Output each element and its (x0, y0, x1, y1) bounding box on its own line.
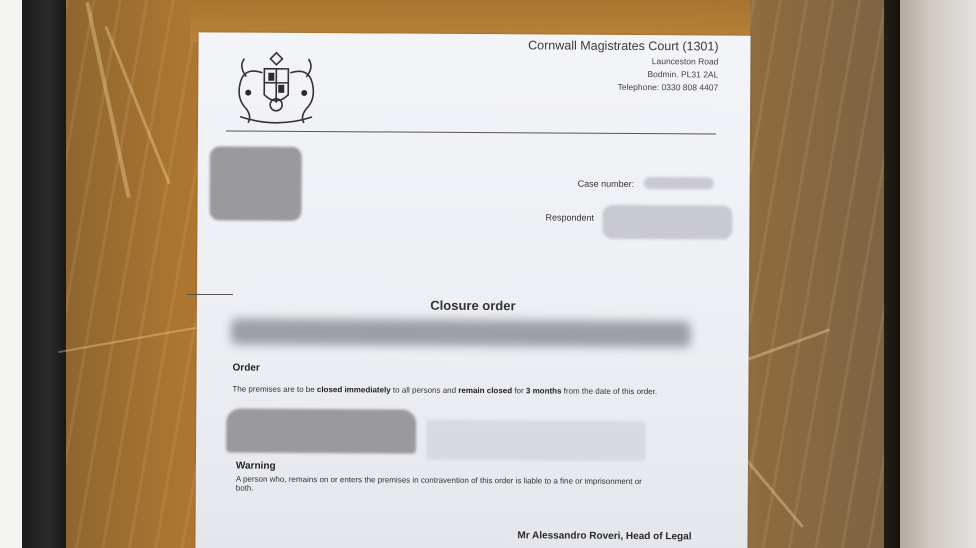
order-text-bold: 3 months (526, 386, 562, 395)
court-address-line2: Bodmin. PL31 2AL (528, 68, 718, 79)
order-text-part: for (512, 386, 526, 395)
order-text-bold: remain closed (458, 386, 512, 395)
order-heading: Order (233, 363, 260, 374)
redacted-signature-area (226, 408, 416, 453)
tape-crease (104, 26, 170, 185)
order-text: The premises are to be closed immediatel… (232, 385, 702, 397)
order-text-bold: closed immediately (317, 385, 391, 394)
order-text-part: from the date of this order. (561, 387, 657, 397)
warning-heading: Warning (236, 461, 276, 472)
order-text-part: The premises are to be (232, 385, 317, 395)
document-title: Closure order (197, 296, 749, 314)
wall-left (0, 0, 22, 548)
respondent-label: Respondent (545, 212, 594, 222)
tape-crease (58, 327, 196, 353)
court-address-line1: Launceston Road (528, 55, 718, 66)
court-name: Cornwall Magistrates Court (1301) (528, 38, 718, 53)
redacted-area-faint (426, 420, 646, 461)
redacted-respondent (602, 205, 732, 240)
redacted-address-block (209, 146, 301, 221)
header-rule (226, 130, 716, 134)
redacted-case-number (644, 177, 714, 189)
order-text-part: to all persons and (391, 385, 459, 394)
court-telephone: Telephone: 0330 808 4407 (528, 81, 718, 92)
signatory-name: Mr Alessandro Roveri, Head of Legal (517, 530, 691, 542)
royal-coat-of-arms-icon (226, 46, 326, 129)
case-number-label: Case number: (578, 179, 635, 189)
redacted-premises-line (231, 319, 691, 348)
warning-text: A person who, remains on or enters the p… (236, 475, 656, 496)
court-address-block: Cornwall Magistrates Court (1301) Launce… (528, 38, 719, 92)
stray-rule-mark (187, 294, 233, 295)
wall-right (900, 0, 976, 548)
closure-order-document: Cornwall Magistrates Court (1301) Launce… (195, 32, 750, 548)
tape-crease (745, 328, 831, 362)
